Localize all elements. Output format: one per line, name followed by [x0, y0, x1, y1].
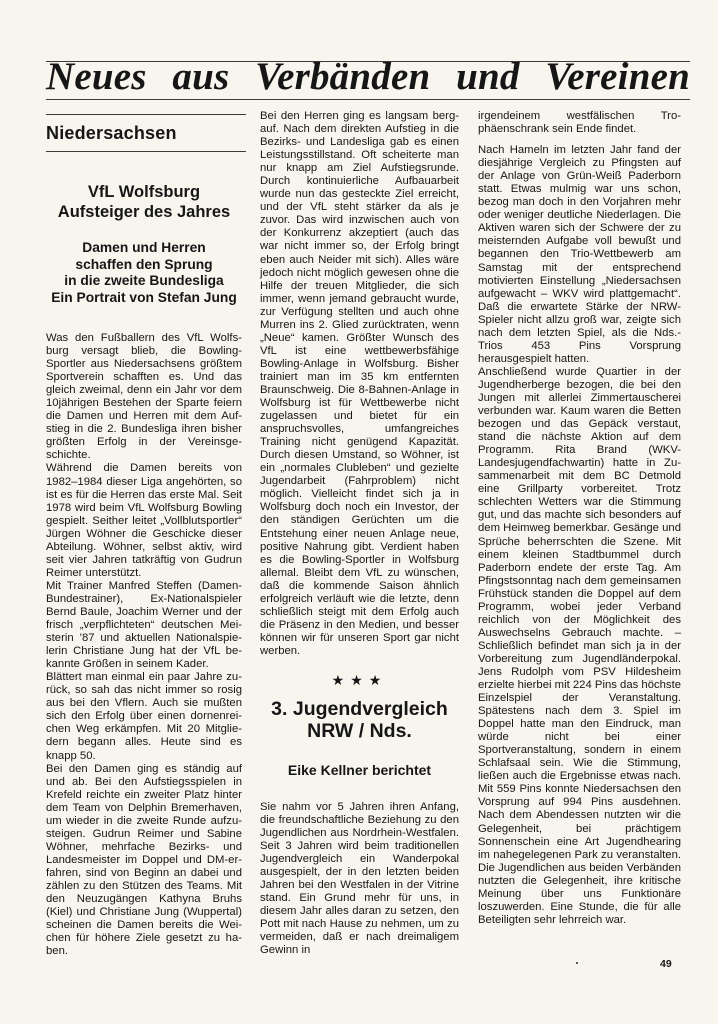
paragraph: Was den Fuß­ballern des VfL Wolfs­burg v…: [46, 332, 242, 462]
section-title: Niedersachsen: [46, 122, 242, 144]
star-separator-icon: ★★★: [260, 672, 459, 688]
article-subtitle-line-3: in die zweite Bundesliga: [46, 273, 242, 290]
section-bottom-rule: [46, 151, 246, 152]
paragraph: Bei den Herren ging es langsam berg­auf.…: [260, 110, 459, 658]
print-speck: [576, 962, 578, 964]
column-3: irgendeinem westfälischen Tro­phäenschra…: [478, 110, 681, 927]
paragraph: Bei den Damen ging es ständig auf und ab…: [46, 763, 242, 959]
column-2: Bei den Herren ging es langsam berg­auf.…: [260, 110, 459, 958]
paragraph: Sie nahm vor 5 Jahren ihren Anfang, die …: [260, 801, 459, 958]
article-title-line-1: VfL Wolfsburg: [46, 182, 242, 202]
masthead-title: Neues aus Verbänden und Vereinen: [46, 54, 690, 100]
magazine-page: Neues aus Verbänden und Vereinen Nieders…: [0, 0, 718, 1024]
article-subtitle-line-1: Damen und Herren: [46, 240, 242, 257]
paragraph: Blättert man einmal ein paar Jahre zu­rü…: [46, 671, 242, 762]
paragraph: Während die Damen bereits von 1982–1984 …: [46, 462, 242, 579]
article-2-byline: Eike Kellner berichtet: [260, 762, 459, 779]
section-top-rule: [46, 114, 246, 115]
article-title: VfL Wolfsburg Aufsteiger des Jahres: [46, 182, 242, 222]
article-2-title-line-1: 3. Jugendvergleich: [260, 698, 459, 720]
article-title-line-2: Aufsteiger des Jahres: [46, 202, 242, 222]
column-1-body: Was den Fuß­ballern des VfL Wolfs­burg v…: [46, 332, 242, 958]
article-2-title-line-2: NRW / Nds.: [260, 720, 459, 742]
article-subtitle-line-2: schaffen den Sprung: [46, 257, 242, 274]
article-2-title: 3. Jugendvergleich NRW / Nds.: [260, 698, 459, 742]
article-byline: Ein Portrait von Stefan Jung: [46, 290, 242, 307]
column-1: Niedersachsen VfL Wolfsburg Aufsteiger d…: [46, 110, 242, 958]
paragraph: Nach Hameln im letzten Jahr fand der die…: [478, 144, 681, 366]
paragraph: irgendeinem westfälischen Tro­phäenschra…: [478, 110, 681, 136]
page-number: 49: [660, 958, 672, 970]
paragraph: Anschließend wurde Quartier in der Jugen…: [478, 366, 681, 927]
article-subtitle: Damen und Herren schaffen den Sprung in …: [46, 240, 242, 290]
masthead-bottom-rule: [46, 99, 690, 100]
paragraph: Mit Trainer Manfred Steffen (Damen-Bunde…: [46, 580, 242, 671]
